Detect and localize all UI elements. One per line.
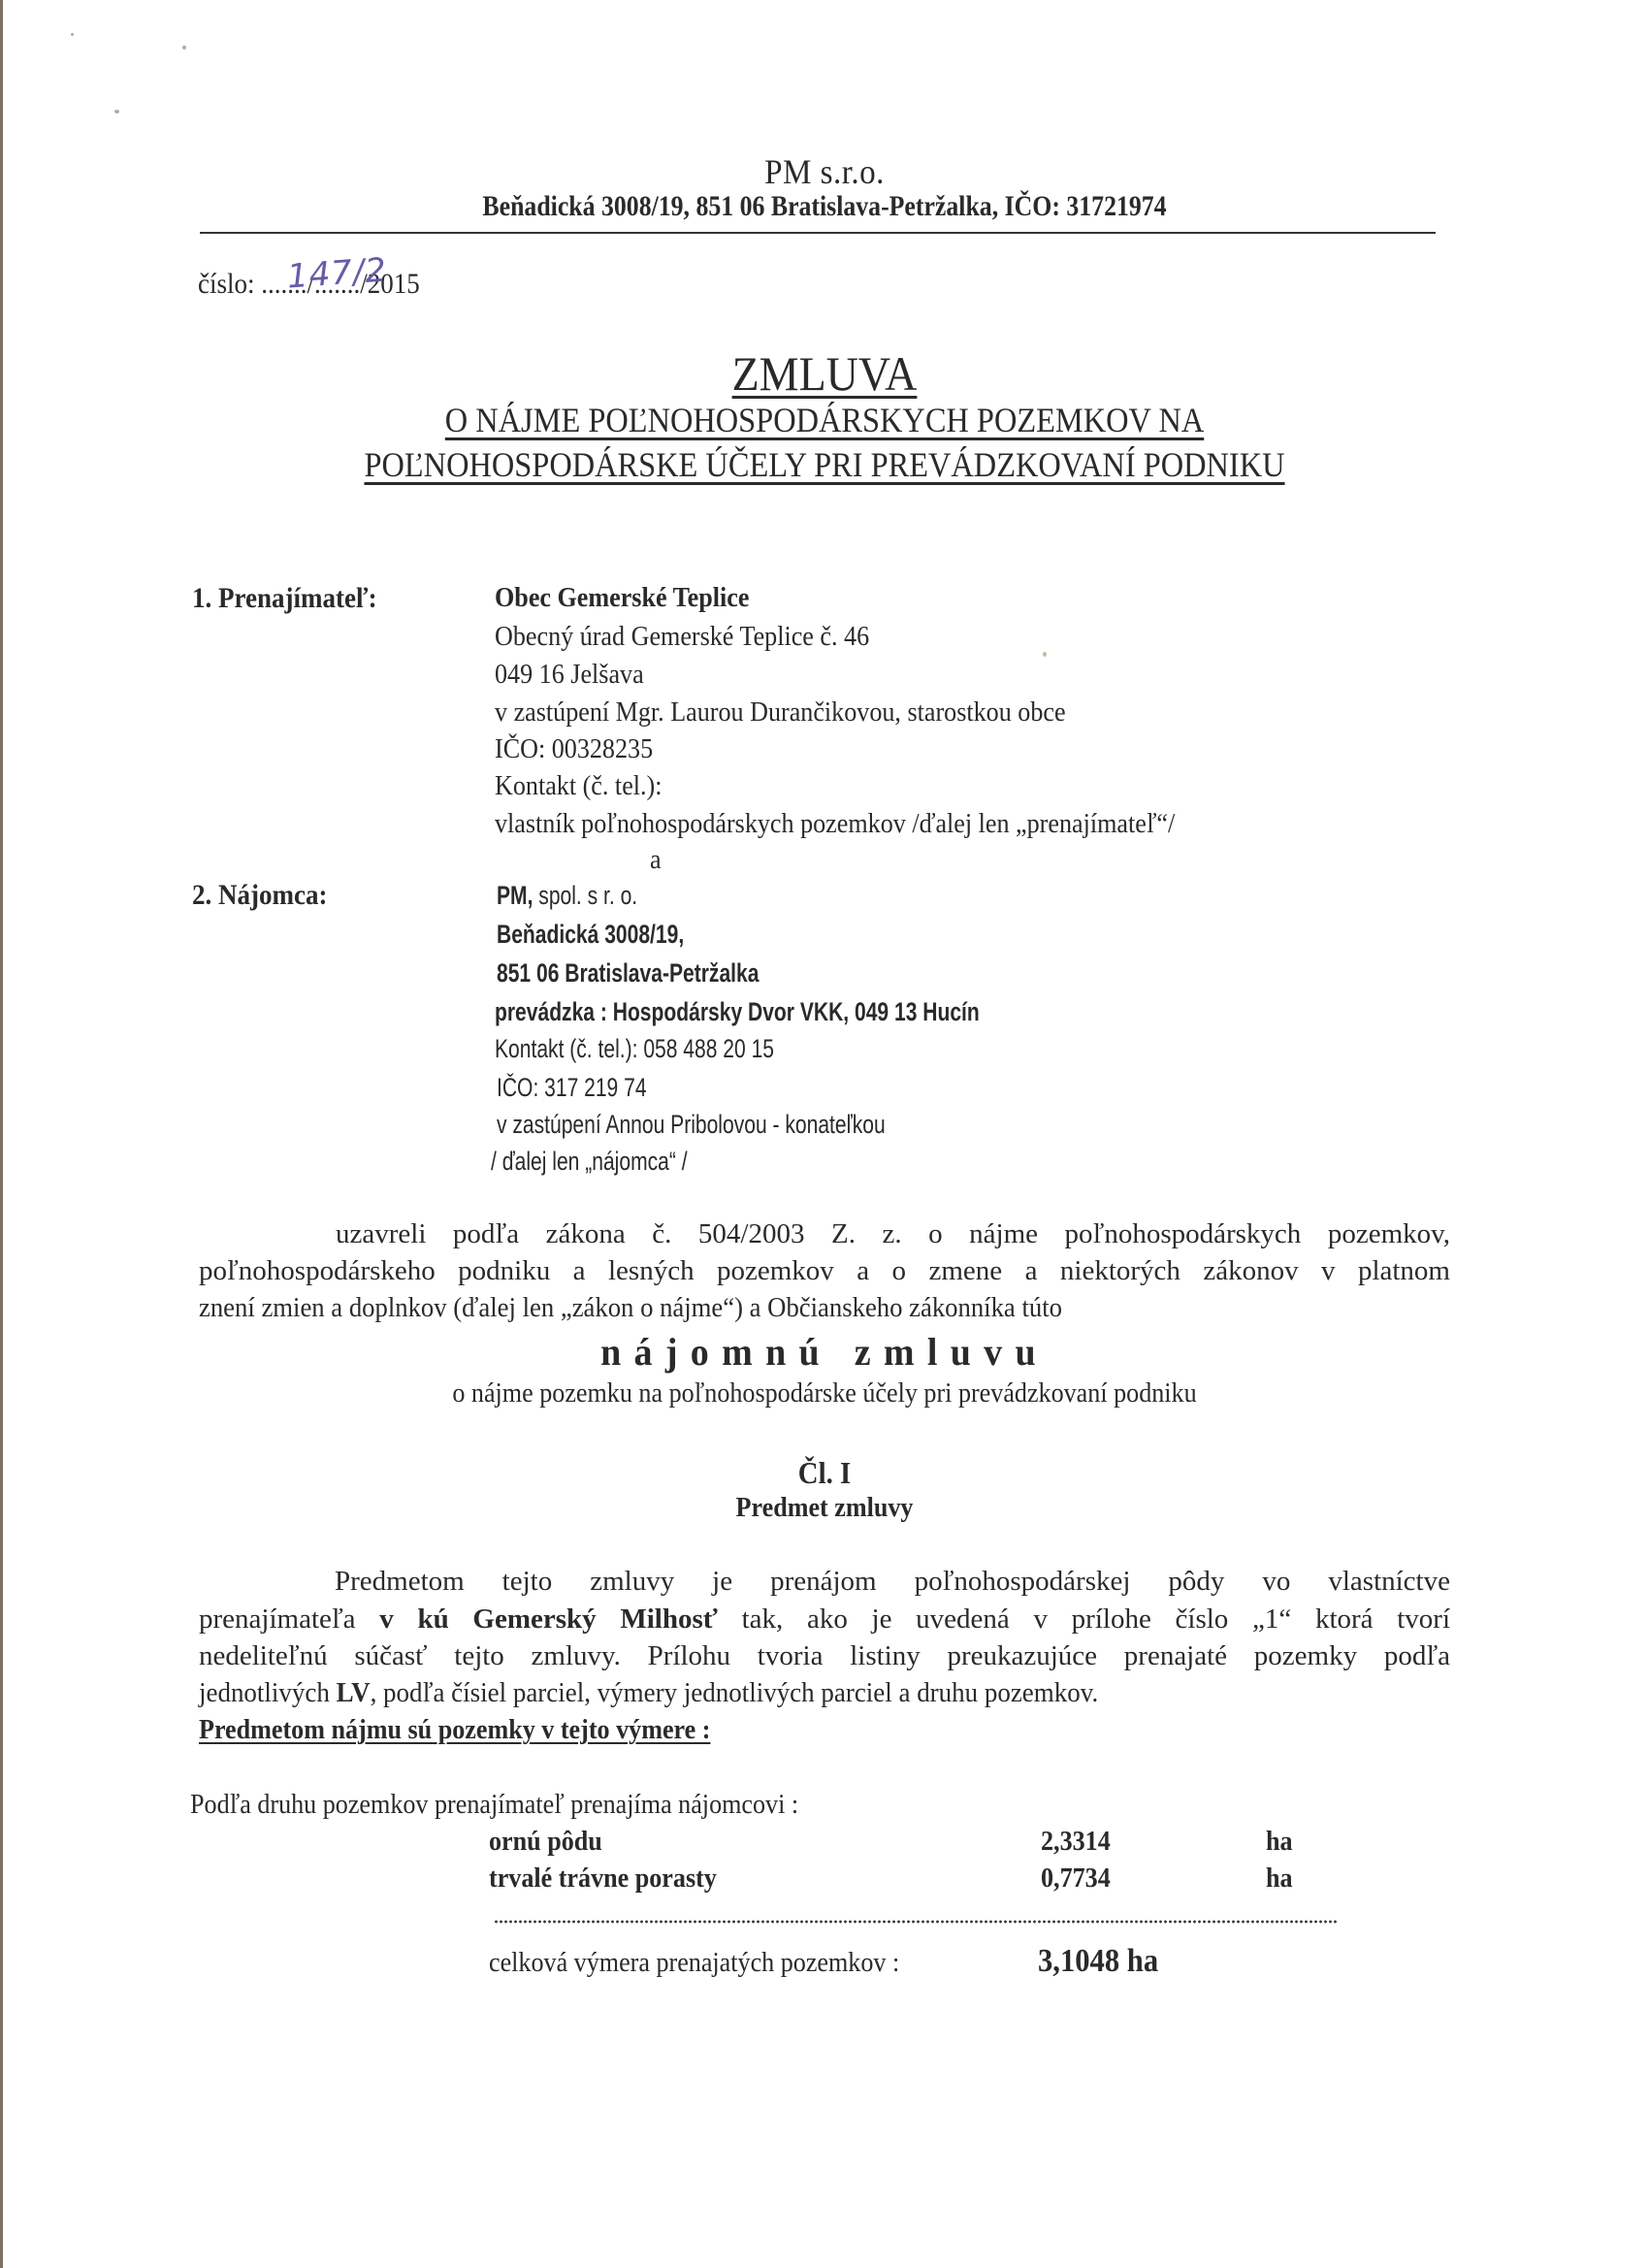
contract-subtitle-1: O NÁJME POĽNOHOSPODÁRSKYCH POZEMKOV NA bbox=[82, 400, 1567, 440]
scan-edge bbox=[0, 0, 3, 2268]
reference-label: číslo: bbox=[198, 268, 255, 300]
lease-area-heading: Predmetom nájmu sú pozemky v tejto výmer… bbox=[199, 1714, 710, 1746]
para-text: , podľa čísiel parciel, výmery jednotliv… bbox=[371, 1677, 1099, 1708]
title-main: ZMLUVA bbox=[732, 346, 918, 401]
handwritten-reference: 147/2 bbox=[286, 250, 389, 296]
lessee-city: 851 06 Bratislava-Petržalka bbox=[497, 958, 759, 988]
preamble-line-1: uzavreli podľa zákona č. 504/2003 Z. z. … bbox=[336, 1218, 1450, 1250]
letterhead-rule bbox=[200, 232, 1436, 234]
subtitle-line-2: POĽNOHOSPODÁRSKE ÚČELY PRI PREVÁDZKOVANÍ… bbox=[364, 445, 1284, 484]
para-text: jednotlivých bbox=[199, 1677, 337, 1708]
area-unit-grassland: ha bbox=[1266, 1863, 1293, 1895]
scan-speck bbox=[114, 110, 119, 113]
lessee-representative: v zastúpení Annou Pribolovou - konateľko… bbox=[497, 1110, 886, 1140]
lessor-contact: Kontakt (č. tel.): bbox=[495, 770, 663, 802]
parties-conjunction: a bbox=[650, 844, 662, 876]
lessee-name-rest: spol. s r. o. bbox=[533, 881, 637, 910]
dotted-separator bbox=[494, 1919, 1338, 1925]
area-value-arable: 2,3314 bbox=[1041, 1826, 1111, 1858]
subtitle-line-1: O NÁJME POĽNOHOSPODÁRSKYCH POZEMKOV NA bbox=[445, 401, 1204, 439]
total-area-label: celková výmera prenajatých pozemkov : bbox=[489, 1947, 899, 1979]
cadastral-area: v kú Gemerský Milhosť bbox=[379, 1604, 718, 1635]
contract-title: ZMLUVA bbox=[66, 345, 1583, 402]
letterhead-address: Beňadická 3008/19, 851 06 Bratislava-Pet… bbox=[115, 190, 1534, 223]
lessee-role: / ďalej len „nájomca“ / bbox=[491, 1147, 688, 1177]
lessor-name: Obec Gemerské Teplice bbox=[495, 582, 749, 614]
preamble-line-3: znení zmien a doplnkov (ďalej len „zákon… bbox=[199, 1292, 1062, 1324]
lessee-name: PM, spol. s r. o. bbox=[497, 881, 637, 911]
lessee-label: 2. Nájomca: bbox=[192, 879, 327, 912]
scan-speck bbox=[71, 33, 74, 36]
lessor-ico: IČO: 00328235 bbox=[495, 733, 653, 765]
article-para-line-4: jednotlivých LV, podľa čísiel parciel, v… bbox=[199, 1677, 1098, 1709]
preamble-line-2: poľnohospodárskeho podniku a lesných poz… bbox=[199, 1255, 1450, 1287]
lessor-postcode: 049 16 Jelšava bbox=[495, 659, 644, 691]
lessor-office: Obecný úrad Gemerské Teplice č. 46 bbox=[495, 621, 869, 653]
article-title: Predmet zmluvy bbox=[82, 1492, 1567, 1524]
lessee-operation: prevádzka : Hospodársky Dvor VKK, 049 13… bbox=[495, 997, 980, 1027]
lessor-representative: v zastúpení Mgr. Laurou Durančikovou, st… bbox=[495, 697, 1066, 729]
scan-speck bbox=[1043, 652, 1047, 657]
para-text: tak, ako je uvedená v prílohe číslo „1“ … bbox=[718, 1604, 1450, 1635]
lessor-role: vlastník poľnohospodárskych pozemkov /ďa… bbox=[495, 808, 1175, 840]
contract-subtitle-2: POĽNOHOSPODÁRSKE ÚČELY PRI PREVÁDZKOVANÍ… bbox=[82, 444, 1567, 485]
letterhead-company: PM s.r.o. bbox=[66, 151, 1583, 192]
article-para-line-3: nedeliteľnú súčasť tejto zmluvy. Prílohu… bbox=[199, 1640, 1450, 1672]
lessee-name-bold: PM, bbox=[497, 881, 533, 910]
para-text: prenajímateľa bbox=[199, 1604, 379, 1635]
article-para-line-1: Predmetom tejto zmluvy je prenájom poľno… bbox=[335, 1566, 1450, 1598]
contract-page: PM s.r.o. Beňadická 3008/19, 851 06 Brat… bbox=[0, 0, 1649, 2268]
scan-speck bbox=[182, 46, 186, 49]
area-unit-arable: ha bbox=[1266, 1826, 1293, 1858]
total-area-value: 3,1048 ha bbox=[1038, 1943, 1158, 1980]
lessee-contact: Kontakt (č. tel.): 058 488 20 15 bbox=[495, 1034, 774, 1064]
contract-type-heading: nájomnú zmluvu bbox=[42, 1329, 1608, 1375]
article-number: Čl. I bbox=[82, 1455, 1567, 1491]
lessee-street: Beňadická 3008/19, bbox=[497, 920, 684, 950]
article-para-line-2: prenajímateľa v kú Gemerský Milhosť tak,… bbox=[199, 1604, 1450, 1636]
lv-term: LV bbox=[337, 1677, 371, 1708]
area-intro: Podľa druhu pozemkov prenajímateľ prenaj… bbox=[190, 1789, 798, 1821]
area-value-grassland: 0,7734 bbox=[1041, 1863, 1111, 1895]
lessor-label: 1. Prenajímateľ: bbox=[192, 582, 377, 615]
area-type-grassland: trvalé trávne porasty bbox=[489, 1863, 717, 1895]
lessee-ico: IČO: 317 219 74 bbox=[497, 1073, 647, 1103]
area-type-arable: ornú pôdu bbox=[489, 1826, 602, 1858]
contract-type-subheading: o nájme pozemku na poľnohospodárske účel… bbox=[82, 1377, 1567, 1409]
